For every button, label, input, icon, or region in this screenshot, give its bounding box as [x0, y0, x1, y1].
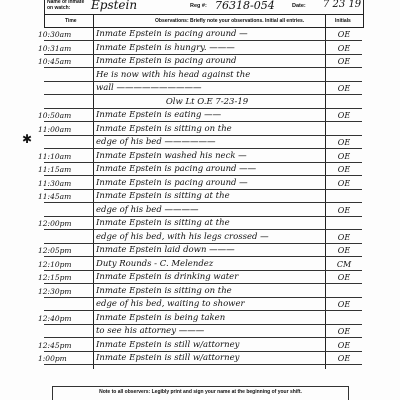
row-initials: OE	[327, 111, 361, 120]
inmate-header: Name of Inmate on watch: Epstein Reg #: …	[44, 0, 364, 15]
asterisk-mark: ✱	[22, 132, 32, 146]
row-time: 12:30pm	[38, 287, 88, 296]
row-initials: OE	[327, 165, 361, 174]
row-observation: Inmate Epstein is sitting on the	[96, 124, 318, 134]
row-initials: OE	[327, 179, 361, 188]
row-observation: edge of his bed ————	[96, 205, 318, 215]
log-row: edge of his bed ————OE	[44, 204, 362, 217]
row-time: 11:10am	[38, 152, 88, 161]
row-initials: OE	[327, 300, 361, 309]
row-observation: Inmate Epstein is pacing around —	[96, 178, 318, 188]
log-row: 11:00amInmate Epstein is sitting on the	[44, 123, 362, 136]
log-row: 11:30amInmate Epstein is pacing around —…	[44, 177, 362, 190]
row-observation: Inmate Epstein is drinking water	[96, 272, 318, 282]
row-observation: Inmate Epstein is still w/attorney	[96, 340, 318, 350]
row-observation: edge of his bed ——————	[96, 137, 318, 147]
row-time: 11:15am	[38, 165, 88, 174]
row-time: 12:40pm	[38, 314, 88, 323]
row-time: 10:50am	[38, 111, 88, 120]
row-observation: Inmate Epstein is sitting at the	[96, 218, 318, 228]
log-row: 11:15amInmate Epstein is pacing around —…	[44, 163, 362, 176]
row-observation: Inmate Epstein is pacing around —	[96, 29, 318, 39]
row-initials: OE	[327, 152, 361, 161]
observation-log-sheet: Name of Inmate on watch: Epstein Reg #: …	[0, 0, 400, 400]
row-time: 10:31am	[38, 44, 88, 53]
row-initials: OE	[327, 84, 361, 93]
row-initials: OE	[327, 206, 361, 215]
row-time: 10:45am	[38, 57, 88, 66]
log-row: edge of his bed, waiting to showerOE	[44, 298, 362, 311]
log-row: 10:45amInmate Epstein is pacing aroundOE	[44, 55, 362, 68]
row-time: 12:05pm	[38, 246, 88, 255]
row-observation: Inmate Epstein is eating ——	[96, 110, 318, 120]
log-row: 10:50amInmate Epstein is eating ——OE	[44, 109, 362, 122]
log-row: 10:30amInmate Epstein is pacing around —…	[44, 28, 362, 41]
row-initials: OE	[327, 57, 361, 66]
log-row: 10:31amInmate Epstein is hungry. ———OE	[44, 42, 362, 55]
footer-note: Note to all observers: Legibly print and…	[52, 386, 349, 400]
row-initials: CM	[327, 260, 361, 269]
log-row: 12:45pmInmate Epstein is still w/attorne…	[44, 339, 362, 352]
row-observation: wall ——————————	[96, 83, 318, 93]
row-observation: Inmate Epstein washed his neck —	[96, 151, 318, 161]
log-row: edge of his bed ——————OE	[44, 136, 362, 149]
row-observation: Inmate Epstein is sitting at the	[96, 191, 318, 201]
row-observation: Inmate Epstein laid down ———	[96, 245, 318, 255]
row-initials: OE	[327, 273, 361, 282]
log-row: 1:00pmInmate Epstein is still w/attorney…	[44, 352, 362, 365]
row-time: 1:00pm	[38, 354, 88, 363]
row-observation: Inmate Epstein is pacing around ——	[96, 164, 318, 174]
row-initials: OE	[327, 327, 361, 336]
row-observation: Inmate Epstein is hungry. ———	[96, 43, 318, 53]
inmate-name-value: Epstein	[91, 0, 137, 12]
row-observation: edge of his bed, with his legs crossed —	[96, 232, 318, 242]
log-row: 11:10amInmate Epstein washed his neck —O…	[44, 150, 362, 163]
row-time: 12:45pm	[38, 341, 88, 350]
log-row: 12:30pmInmate Epstein is sitting on the	[44, 285, 362, 298]
reg-value: 76318-054	[215, 0, 275, 12]
inmate-name-label: Name of Inmate on watch:	[47, 0, 87, 11]
log-row: He is now with his head against the	[44, 69, 362, 82]
row-observation: edge of his bed, waiting to shower	[96, 299, 318, 309]
log-row: 12:15pmInmate Epstein is drinking waterO…	[44, 271, 362, 284]
date-value: 7 23 19	[323, 0, 361, 10]
col-initials: Initials	[335, 18, 351, 24]
log-row: 12:05pmInmate Epstein laid down ———OE	[44, 244, 362, 257]
row-observation: Inmate Epstein is pacing around	[96, 56, 318, 66]
row-observation: to see his attorney ———	[96, 326, 318, 336]
row-observation: He is now with his head against the	[96, 70, 318, 80]
row-time: 11:30am	[38, 179, 88, 188]
row-time: 11:00am	[38, 125, 88, 134]
log-row: wall ——————————OE	[44, 82, 362, 95]
date-label: Date:	[292, 3, 306, 9]
row-initials: OE	[327, 341, 361, 350]
row-initials: OE	[327, 138, 361, 147]
log-row: 11:45amInmate Epstein is sitting at the	[44, 190, 362, 203]
row-time: 11:45am	[38, 192, 88, 201]
row-initials: OE	[327, 246, 361, 255]
log-row: 12:40pmInmate Epstein is being taken	[44, 312, 362, 325]
row-initials: OE	[327, 30, 361, 39]
row-time: 12:10pm	[38, 260, 88, 269]
row-observation: Duty Rounds - C. Melendez	[96, 259, 318, 269]
row-time: 10:30am	[38, 30, 88, 39]
log-row: 12:10pmDuty Rounds - C. MelendezCM	[44, 258, 362, 271]
row-observation: Inmate Epstein is sitting on the	[96, 286, 318, 296]
row-time: 12:00pm	[38, 219, 88, 228]
column-headers: Time Observations: Briefly note your obs…	[44, 14, 364, 28]
row-observation: Inmate Epstein is still w/attorney	[96, 353, 318, 363]
row-observation: Inmate Epstein is being taken	[96, 313, 318, 323]
log-row: edge of his bed, with his legs crossed —…	[44, 231, 362, 244]
row-initials: OE	[327, 233, 361, 242]
row-initials: OE	[327, 44, 361, 53]
log-row: Olw Lt O.E 7-23-19	[44, 96, 362, 109]
row-time: 12:15pm	[38, 273, 88, 282]
col-time: Time	[65, 18, 77, 24]
reg-label: Reg #:	[190, 3, 207, 9]
log-row: 12:00pmInmate Epstein is sitting at the	[44, 217, 362, 230]
log-row: to see his attorney ———OE	[44, 325, 362, 338]
col-observations: Observations: Briefly note your observat…	[155, 18, 304, 24]
row-observation: Olw Lt O.E 7-23-19	[96, 97, 318, 107]
row-initials: OE	[327, 354, 361, 363]
